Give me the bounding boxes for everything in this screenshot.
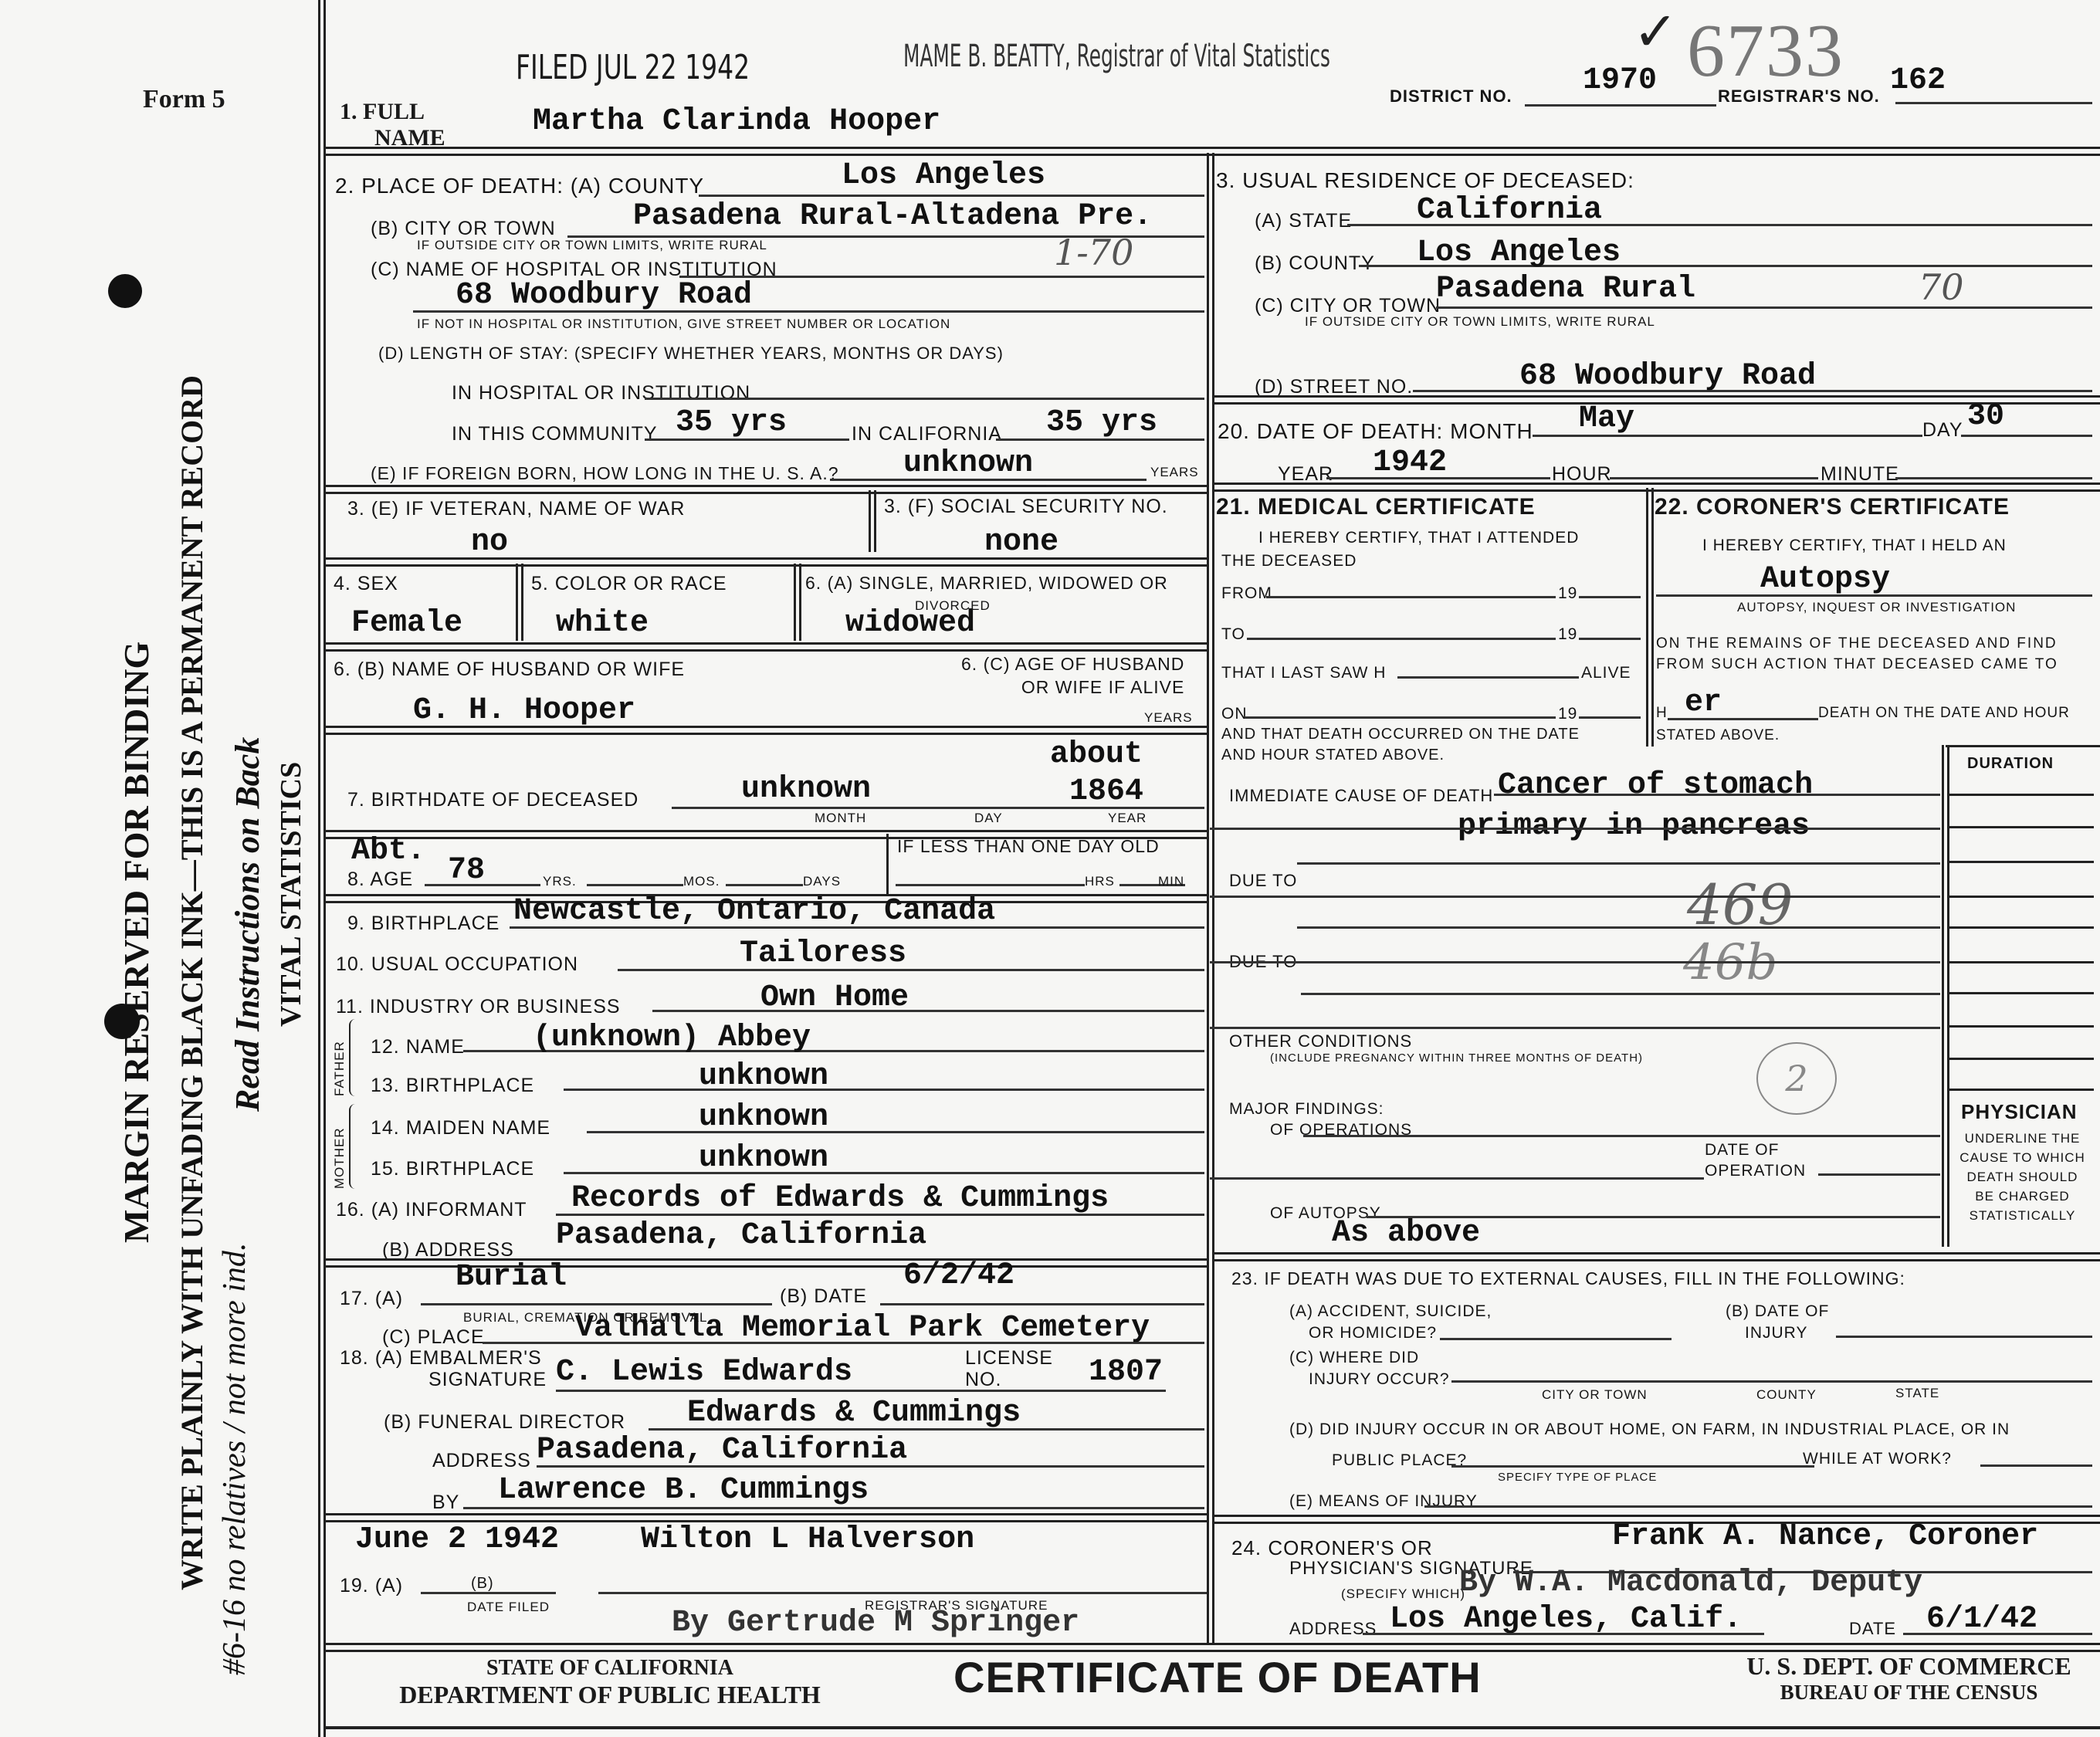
- injury-state-label: State: [1895, 1386, 1939, 1401]
- age-yrs-label: Yrs.: [543, 874, 577, 889]
- less-than-day-label: If less than one day old: [897, 836, 1160, 857]
- death-day-value: 30: [1967, 399, 2004, 434]
- funeral-director-label: (b) Funeral Director: [384, 1411, 625, 1434]
- coroner-h-label: h: [1656, 705, 1668, 722]
- injury-date-label: (b) Date of injury: [1726, 1301, 1829, 1344]
- birth-day-label: Day: [974, 811, 1003, 826]
- footer-state-block: STATE OF CALIFORNIA DEPARTMENT OF PUBLIC…: [355, 1656, 865, 1709]
- physician-label: Physician: [1961, 1100, 2078, 1124]
- coroner-text-1: I hereby certify, that I held an: [1702, 537, 2007, 555]
- residence-state-value: California: [1417, 193, 1602, 228]
- margin-handwritten-note: #6-16 no relatives / not more ind.: [216, 1243, 253, 1675]
- hospital-value: 68 Woodbury Road: [456, 278, 752, 313]
- footer-department: DEPARTMENT OF PUBLIC HEALTH: [355, 1681, 865, 1709]
- mother-maiden-value: unknown: [699, 1100, 828, 1135]
- deputy-signature-value: By W.A. Macdonald, Deputy: [1459, 1566, 1922, 1600]
- residence-county-label: (b) County: [1255, 252, 1375, 275]
- district-value: 1970: [1583, 63, 1657, 98]
- coroner-h-value: er: [1685, 686, 1722, 720]
- signature-label-3: (specify which): [1341, 1586, 1465, 1602]
- due-to-label-1: Due to: [1229, 871, 1297, 891]
- coroner-text-4: death on the date and hour: [1818, 705, 2070, 722]
- birth-month-label: Month: [815, 811, 866, 826]
- registrar-no-value: 162: [1890, 63, 1946, 98]
- immediate-cause-label: Immediate cause of death: [1229, 786, 1493, 806]
- means-of-injury-label: (e) Means of injury: [1289, 1492, 1478, 1511]
- father-side-label: Father: [332, 1041, 347, 1096]
- foreign-born-unit: Years: [1150, 465, 1199, 480]
- spouse-label: 6. (b) Name of Husband or Wife: [334, 659, 685, 681]
- disposition-label: 17. (a): [340, 1288, 403, 1310]
- medical-on-label: On: [1221, 705, 1248, 723]
- mother-birthplace-value: unknown: [699, 1141, 828, 1176]
- coroner-signature-value: Frank A. Nance, Coroner: [1612, 1519, 2038, 1554]
- foreign-born-label: (e) If foreign born, how long in the U. …: [371, 463, 839, 484]
- funeral-address-value: Pasadena, California: [537, 1433, 907, 1468]
- residence-county-value: Los Angeles: [1417, 235, 1621, 270]
- coroner-exam-value: Autopsy: [1760, 562, 1890, 597]
- funeral-address-label: Address: [432, 1450, 531, 1472]
- medical-to-label: To: [1221, 625, 1245, 644]
- mother-brace: [349, 1104, 357, 1189]
- death-city-note: If outside city or town limits, write ru…: [417, 238, 767, 253]
- medical-last-saw-label: That I last saw h: [1221, 664, 1386, 682]
- disposition-date-label: (b) Date: [780, 1285, 867, 1308]
- father-brace: [349, 1019, 357, 1096]
- form-number: Form 5: [143, 85, 225, 114]
- birthdate-label: 7. Birthdate of Deceased: [347, 789, 638, 811]
- funeral-by-value: Lawrence B. Cummings: [498, 1473, 869, 1508]
- medical-certificate-title: 21. Medical Certificate: [1216, 494, 1536, 520]
- informant-value: Records of Edwards & Cummings: [571, 1181, 1109, 1216]
- while-at-work-label: While at work?: [1803, 1450, 1952, 1468]
- physician-note: underline the cause to which death shoul…: [1947, 1131, 2098, 1224]
- full-name-label: 1. FULL NAME: [340, 99, 445, 151]
- foreign-born-value: unknown: [903, 446, 1033, 481]
- death-county-value: Los Angeles: [842, 158, 1045, 193]
- length-of-stay-label: (d) Length of stay: (specify whether yea…: [378, 344, 1004, 364]
- residence-city-note: If outside city or town limits, write ru…: [1305, 314, 1655, 330]
- medical-alive-label: Alive: [1581, 664, 1631, 682]
- immediate-cause-value-2: primary in pancreas: [1458, 809, 1810, 844]
- injury-county-label: County: [1756, 1387, 1817, 1403]
- check-mark: ✓: [1633, 0, 1678, 63]
- sex-label: 4. Sex: [334, 573, 398, 595]
- hospital-annotation: 1-70: [1054, 232, 1133, 273]
- license-label: License No.: [965, 1347, 1053, 1390]
- death-day-label: Day: [1922, 419, 1963, 442]
- industry-value: Own Home: [760, 980, 909, 1015]
- medical-from-19: 19: [1558, 584, 1577, 603]
- district-label: District No.: [1390, 86, 1512, 107]
- father-birthplace-value: unknown: [699, 1059, 828, 1094]
- signature-date-value: 6/1/42: [1926, 1602, 2037, 1637]
- birthplace-value: Newcastle, Ontario, Canada: [513, 894, 995, 929]
- father-name-label: 12. Name: [371, 1036, 465, 1058]
- coroner-exam-options: Autopsy, inquest or investigation: [1737, 600, 2016, 615]
- birthplace-label: 9. Birthplace: [347, 913, 500, 935]
- injury-city-label: City or town: [1542, 1387, 1648, 1403]
- registrar-stamp: MAME B. BEATTY, Registrar of Vital Stati…: [903, 39, 1330, 74]
- age-days-label: Days: [803, 874, 841, 889]
- coroner-text-2: on the remains of the deceased and find: [1656, 635, 2058, 652]
- birth-year-prefix: about: [1050, 737, 1143, 772]
- date-of-label: Date of: [1705, 1141, 1779, 1160]
- mother-birthplace-label: 15. Birthplace: [371, 1158, 534, 1180]
- duration-label: Duration: [1967, 755, 2054, 773]
- medical-to-19: 19: [1558, 625, 1577, 644]
- injury-where-label: (c) Where did injury occur?: [1289, 1347, 1450, 1390]
- certificate-title: CERTIFICATE OF DEATH: [953, 1652, 1482, 1702]
- in-hospital-label: In Hospital or institution: [452, 382, 750, 405]
- medical-text-4: and hour stated above.: [1221, 747, 1445, 764]
- coroner-certificate-title: 22. Coroner's Certificate: [1655, 494, 2010, 520]
- date-filed-label: Date Filed: [467, 1600, 550, 1615]
- public-place-label: public place?: [1332, 1451, 1467, 1470]
- in-california-label: In California: [852, 423, 1002, 445]
- operation-label: Operation: [1705, 1162, 1806, 1180]
- registrar-name-value: Wilton L Halverson: [641, 1522, 974, 1557]
- death-year-value: 1942: [1373, 445, 1447, 480]
- signature-address-label: Address: [1289, 1619, 1377, 1639]
- date-filed-value: June 2 1942: [355, 1522, 559, 1557]
- margin-border: [318, 0, 326, 1737]
- disposition-place-value: Valhalla Memorial Park Cemetery: [575, 1311, 1150, 1346]
- binding-hole-top: [108, 274, 142, 308]
- age-hrs-label: Hrs: [1085, 874, 1115, 889]
- other-conditions-label: Other conditions: [1229, 1031, 1412, 1051]
- death-city-value: Pasadena Rural-Altadena Pre.: [633, 199, 1152, 234]
- father-birthplace-label: 13. Birthplace: [371, 1075, 534, 1097]
- spouse-age-unit: Years: [1144, 710, 1193, 726]
- circled-annotation: 2: [1756, 1042, 1837, 1115]
- signature-date-label: Date: [1849, 1619, 1896, 1639]
- coroner-text-3: from such action that deceased came to: [1656, 656, 2058, 673]
- other-conditions-note: (include pregnancy within three months o…: [1270, 1051, 1643, 1065]
- ssn-label: 3. (f) Social Security No.: [884, 496, 1168, 518]
- industry-label: 11. Industry or Business: [336, 996, 621, 1018]
- death-month-value: May: [1579, 401, 1634, 436]
- informant-address-value: Pasadena, California: [556, 1218, 926, 1253]
- age-prefix: Abt.: [351, 834, 425, 868]
- spouse-age-label: 6. (c) Age of Husband or Wife if Alive: [961, 652, 1184, 699]
- disposition-place-label: (c) Place: [382, 1326, 485, 1349]
- mother-side-label: Mother: [332, 1127, 347, 1189]
- embalmer-value: C. Lewis Edwards: [556, 1355, 852, 1390]
- margin-binding-text: MARGIN RESERVED FOR BINDING: [116, 642, 157, 1243]
- age-years-value: 78: [448, 853, 485, 888]
- race-value: white: [556, 606, 649, 641]
- ssn-value: none: [984, 525, 1058, 560]
- certificate-number-stamp: 6733: [1687, 8, 1844, 94]
- margin-read-instructions: Read Instructions on Back: [228, 737, 267, 1112]
- funeral-director-value: Edwards & Cummings: [687, 1396, 1021, 1431]
- father-name-value: (unknown) Abbey: [533, 1021, 811, 1055]
- registrar-by-value: By Gertrude M Springer: [672, 1606, 1079, 1640]
- medical-from-label: From: [1221, 584, 1272, 603]
- external-causes-title: 23. If death was due to external causes,…: [1231, 1268, 1905, 1289]
- bottom-border: [324, 1726, 2100, 1729]
- binding-hole-bottom: [104, 1004, 140, 1039]
- license-value: 1807: [1089, 1355, 1163, 1390]
- race-label: 5. Color or Race: [531, 573, 727, 595]
- date-of-death-label: 20. Date of Death: Month: [1218, 419, 1533, 444]
- medical-text-1: I hereby certify, that I attended: [1258, 529, 1579, 547]
- footer-census-bureau: BUREAU OF THE CENSUS: [1718, 1681, 2100, 1705]
- marital-label: 6. (a) Single, Married, Widowed or: [805, 573, 1168, 594]
- death-city-label: (b) City or town: [371, 218, 556, 240]
- embalmer-label: 18. (a) Embalmer's Signature: [340, 1347, 547, 1390]
- footer-federal-dept: U. S. DEPT. OF COMMERCE: [1718, 1652, 2100, 1681]
- birth-year-value: 1864: [1069, 774, 1143, 809]
- margin-ink-instruction: WRITE PLAINLY WITH UNFADING BLACK INK—TH…: [174, 375, 210, 1590]
- usual-residence-label: 3. Usual Residence of Deceased:: [1216, 168, 1634, 193]
- filing-a-label: 19. (a): [340, 1575, 403, 1597]
- spouse-value: G. H. Hooper: [413, 693, 635, 728]
- age-label: 8. Age: [347, 868, 413, 891]
- veteran-value: no: [471, 525, 508, 560]
- margin-vital-statistics: VITAL STATISTICS: [274, 762, 308, 1027]
- registrar-no-label: Registrar's No.: [1718, 86, 1880, 107]
- in-california-value: 35 yrs: [1046, 405, 1157, 440]
- disposition-date-value: 6/2/42: [903, 1258, 1014, 1293]
- age-mos-label: Mos.: [683, 874, 720, 889]
- major-findings-label: Major findings:: [1229, 1100, 1384, 1119]
- birth-month-value: unknown: [741, 772, 871, 807]
- occupation-label: 10. Usual Occupation: [336, 953, 578, 976]
- age-min-label: Min: [1158, 874, 1184, 889]
- filed-stamp: FILED JUL 22 1942: [516, 48, 750, 87]
- informant-label: 16. (a) Informant: [336, 1199, 527, 1221]
- occupation-value: Tailoress: [740, 936, 906, 971]
- residence-city-value: Pasadena Rural: [1436, 272, 1695, 306]
- in-community-label: In this community: [452, 423, 658, 445]
- disposition-value: Burial: [456, 1260, 567, 1295]
- medical-text-2: the deceased: [1221, 552, 1357, 571]
- hospital-note: If not in hospital or institution, give …: [417, 317, 950, 332]
- immediate-cause-value-1: Cancer of stomach: [1498, 768, 1813, 803]
- veteran-label: 3. (e) If Veteran, Name of War: [347, 498, 685, 520]
- footer-federal-block: U. S. DEPT. OF COMMERCE BUREAU OF THE CE…: [1718, 1652, 2100, 1705]
- full-name-value: Martha Clarinda Hooper: [533, 104, 940, 139]
- medical-text-3: and that death occurred on the date: [1221, 726, 1580, 743]
- sex-value: Female: [351, 606, 462, 641]
- residence-street-value: 68 Woodbury Road: [1519, 359, 1816, 394]
- funeral-by-label: By: [432, 1492, 459, 1514]
- specify-place-note: Specify type of place: [1498, 1471, 1657, 1484]
- marital-value: widowed: [845, 606, 975, 641]
- filing-b-label: (b): [471, 1575, 494, 1593]
- footer-state: STATE OF CALIFORNIA: [355, 1656, 865, 1681]
- autopsy-findings-value: As above: [1332, 1216, 1480, 1251]
- in-community-value: 35 yrs: [676, 405, 787, 440]
- mother-maiden-label: 14. Maiden Name: [371, 1117, 550, 1139]
- residence-state-label: (a) State: [1255, 210, 1352, 232]
- signature-address-value: Los Angeles, Calif.: [1390, 1602, 1742, 1637]
- birth-year-label: Year: [1108, 811, 1147, 826]
- medical-on-19: 19: [1558, 705, 1577, 723]
- injury-place-type-label: (d) Did injury occur in or about home, o…: [1289, 1420, 2010, 1439]
- coroner-text-5: stated above.: [1656, 727, 1780, 744]
- place-of-death-label: 2. Place of Death: (a) County: [335, 174, 704, 198]
- residence-city-annotation: 70: [1919, 266, 1964, 308]
- signature-label-1: 24. Coroner's or: [1231, 1536, 1433, 1560]
